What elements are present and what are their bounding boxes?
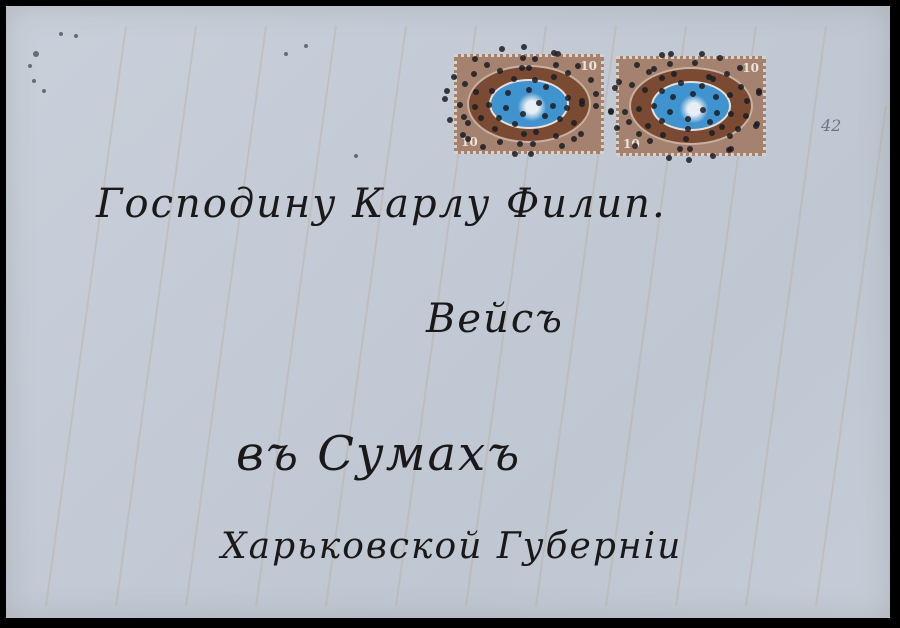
cancel-dot [667,109,673,115]
cancel-dot [462,81,468,87]
cancel-dot [512,151,518,157]
cancel-dot [472,56,478,62]
cancel-dot [699,51,705,57]
cancel-dot [642,87,648,93]
cancel-dot [532,56,538,62]
cancel-dot [714,110,720,116]
cancel-dot [484,62,490,68]
cancel-dot [564,105,570,111]
cancel-dot [686,157,692,163]
cancel-dot [503,105,509,111]
cancel-dot [457,102,463,108]
cancel-dot [530,141,536,147]
cancel-dot [553,62,559,68]
cancel-dot [614,125,620,131]
cancel-dot [444,88,450,94]
cancel-dot [668,51,674,57]
envelope: 10 10 10 10 42 Господину Карлу Филип. Ве… [6,6,890,618]
cancel-dot [478,115,484,121]
address-line-2: Вейсъ [426,296,564,342]
cancel-dot [685,126,691,132]
cancel-dot [612,85,618,91]
cancel-dot [565,70,571,76]
cancel-dot [616,79,622,85]
cancel-dot [636,131,642,137]
cancel-dot [651,103,657,109]
cancel-dot [626,119,632,125]
cancel-dot [447,117,453,123]
cancel-dot [632,143,638,149]
cancel-dot [520,55,526,61]
cancel-dot [578,131,584,137]
cancel-dot [532,77,538,83]
cancel-dot [588,77,594,83]
cancel-dot [496,115,502,121]
cancel-dot [550,103,556,109]
stamp-denomination: 10 [580,59,597,73]
cancel-dot [666,155,672,161]
cancel-dot [505,90,511,96]
cancel-dot [659,52,665,58]
cancel-dot [608,108,614,114]
cancel-dot [520,111,526,117]
cancel-dot [707,119,713,125]
cancel-dot [521,131,527,137]
cancel-dot [451,74,457,80]
address-line-3: въ Сумахъ [236,426,521,482]
cancel-dot [472,104,478,110]
address-line-4: Харьковской Губерніи [221,526,682,567]
cancel-dot [710,76,716,82]
cancel-dot [471,71,477,77]
cancel-dot [683,136,689,142]
cancel-dot [659,88,665,94]
cancel-dot [565,95,571,101]
address-line-1: Господину Карлу Филип. [96,181,667,227]
cancel-dot [738,84,744,90]
cancel-dot [575,63,581,69]
cancel-dot [659,75,665,81]
cancel-dot [511,76,517,82]
cancel-dot [735,126,741,132]
cancel-dot [726,147,732,153]
cancel-dot [512,121,518,127]
cancel-dot [571,120,577,126]
pencil-note: 42 [821,116,841,135]
stamp-denomination: 10 [742,61,759,75]
cancel-dot [555,51,561,57]
cancel-dot [465,136,471,142]
cancel-dot [667,61,673,67]
cancel-dot [461,114,467,120]
cancel-dot [743,113,749,119]
cancel-dot [492,126,498,132]
cancel-dot [489,88,495,94]
cancel-dot [710,153,716,159]
cancel-dot [713,94,719,100]
